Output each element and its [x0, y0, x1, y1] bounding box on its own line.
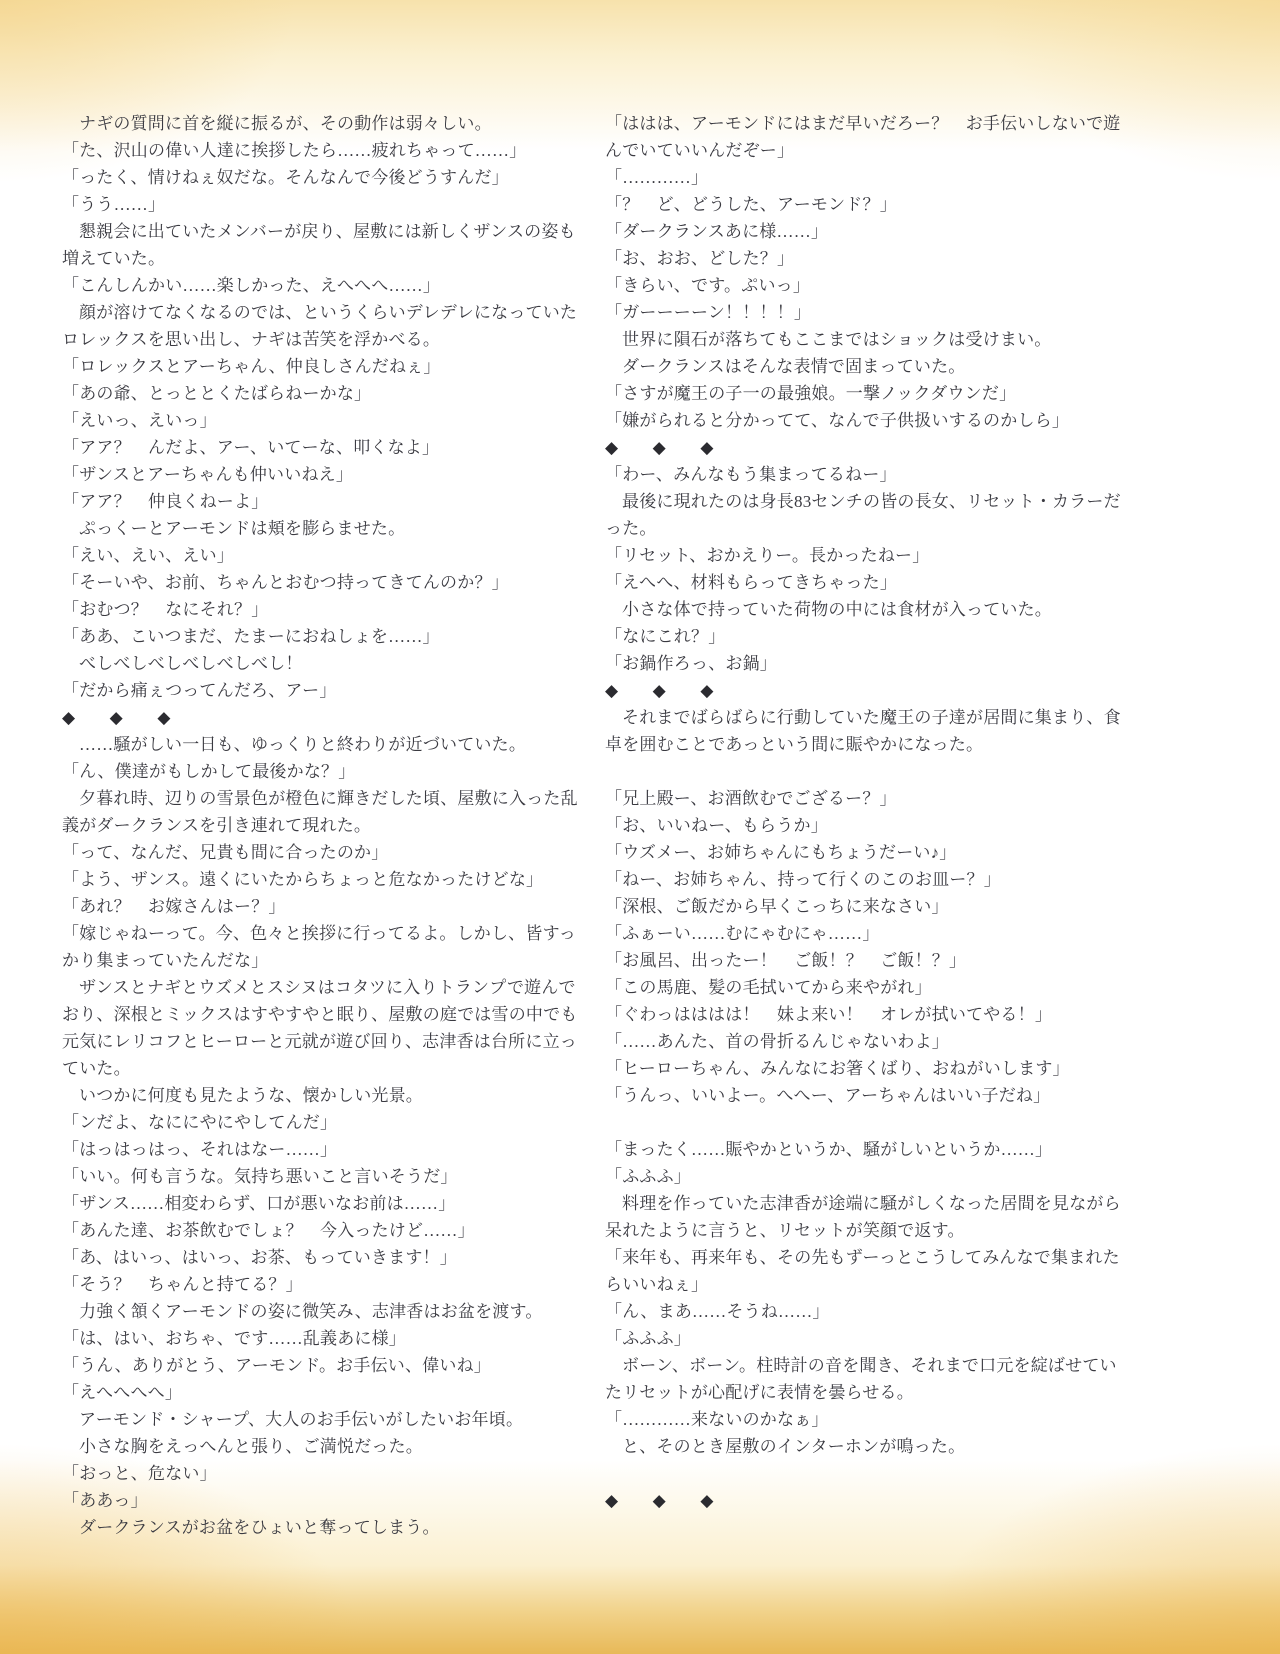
section-separator: ◆ ◆ ◆: [605, 434, 1130, 461]
text-line: 「ロレックスとアーちゃん、仲良しさんだねぇ」: [62, 353, 587, 380]
text-line: 顔が溶けてなくなるのでは、というくらいデレデレになっていたロレックスを思い出し、…: [62, 299, 587, 353]
text-line: 「うん、ありがとう、アーモンド。お手伝い、偉いね」: [62, 1352, 587, 1379]
blank-line: [605, 758, 1130, 785]
text-line: 「だから痛ぇつってんだろ、アー」: [62, 677, 587, 704]
text-line: 「お風呂、出ったー！ ご飯！？ ご飯！？」: [605, 947, 1130, 974]
text-line: アーモンド・シャープ、大人のお手伝いがしたいお年頃。: [62, 1406, 587, 1433]
text-line: 料理を作っていた志津香が途端に騒がしくなった居間を見ながら呆れたように言うと、リ…: [605, 1190, 1130, 1244]
text-line: 「えい、えい、えい」: [62, 542, 587, 569]
text-line: 「よう、ザンス。遠くにいたからちょっと危なかったけどな」: [62, 866, 587, 893]
text-line: 「なにこれ？」: [605, 623, 1130, 650]
text-line: 「うう……」: [62, 191, 587, 218]
text-line: 「まったく……賑やかというか、騒がしいというか……」: [605, 1136, 1130, 1163]
text-line: 「ふふふ」: [605, 1163, 1130, 1190]
blank-line: [605, 1109, 1130, 1136]
text-line: 「あの爺、とっととくたばらねーかな」: [62, 380, 587, 407]
text-line: 「お、おお、どした？」: [605, 245, 1130, 272]
text-line: 「ンだよ、なににやにやしてんだ」: [62, 1109, 587, 1136]
text-line: 「深根、ご飯だから早くこっちに来なさい」: [605, 893, 1130, 920]
text-line: 「アア？ んだよ、アー、いてーな、叩くなよ」: [62, 434, 587, 461]
text-line: 「わー、みんなもう集まってるねー」: [605, 461, 1130, 488]
text-line: 「兄上殿ー、お酒飲むでござるー？」: [605, 785, 1130, 812]
text-line: 「ウズメー、お姉ちゃんにもちょうだーい♪」: [605, 839, 1130, 866]
right-column: 「ははは、アーモンドにはまだ早いだろー？ お手伝いしないで遊んでいていいんだぞー…: [605, 110, 1130, 1541]
text-line: 小さな胸をえっへんと張り、ご満悦だった。: [62, 1433, 587, 1460]
text-line: 「えいっ、えいっ」: [62, 407, 587, 434]
text-line: 「ザンスとアーちゃんも仲いいねえ」: [62, 461, 587, 488]
text-line: 「…………」: [605, 164, 1130, 191]
text-line: 「お鍋作ろっ、お鍋」: [605, 650, 1130, 677]
text-line: それまでばらばらに行動していた魔王の子達が居間に集まり、食卓を囲むことであっとい…: [605, 704, 1130, 758]
text-line: ダークランスがお盆をひょいと奪ってしまう。: [62, 1514, 587, 1541]
text-line: 「えへへ、材料もらってきちゃった」: [605, 569, 1130, 596]
text-line: 「……あんた、首の骨折るんじゃないわよ」: [605, 1028, 1130, 1055]
text-line: 「きらい、です。ぷいっ」: [605, 272, 1130, 299]
section-separator: ◆ ◆ ◆: [62, 704, 587, 731]
page-content: ナギの質問に首を縦に振るが、その動作は弱々しい。「た、沢山の偉い人達に挨拶したら…: [62, 110, 1130, 1541]
text-line: 「嫌がられると分かってて、なんで子供扱いするのかしら」: [605, 407, 1130, 434]
text-line: 「ヒーローちゃん、みんなにお箸くばり、おねがいします」: [605, 1055, 1130, 1082]
text-line: 「ダークランスあに様……」: [605, 218, 1130, 245]
text-line: 「ふふふ」: [605, 1325, 1130, 1352]
text-line: 「来年も、再来年も、その先もずーっとこうしてみんなで集まれたらいいねぇ」: [605, 1244, 1130, 1298]
text-line: ナギの質問に首を縦に振るが、その動作は弱々しい。: [62, 110, 587, 137]
text-line: 懇親会に出ていたメンバーが戻り、屋敷には新しくザンスの姿も増えていた。: [62, 218, 587, 272]
text-line: 「ん、僕達がもしかして最後かな？」: [62, 758, 587, 785]
text-line: 「って、なんだ、兄貴も間に合ったのか」: [62, 839, 587, 866]
left-column: ナギの質問に首を縦に振るが、その動作は弱々しい。「た、沢山の偉い人達に挨拶したら…: [62, 110, 587, 1541]
text-line: 「ふぁーい……むにゃむにゃ……」: [605, 920, 1130, 947]
blank-line: [605, 1460, 1130, 1487]
text-line: 「…………来ないのかなぁ」: [605, 1406, 1130, 1433]
text-line: 世界に隕石が落ちてもここまではショックは受けまい。: [605, 326, 1130, 353]
text-line: ボーン、ボーン。柱時計の音を聞き、それまで口元を綻ばせていたリセットが心配げに表…: [605, 1352, 1130, 1406]
text-line: 「そう？ ちゃんと持てる？」: [62, 1271, 587, 1298]
text-line: 小さな体で持っていた荷物の中には食材が入っていた。: [605, 596, 1130, 623]
text-line: 「この馬鹿、髪の毛拭いてから来やがれ」: [605, 974, 1130, 1001]
section-separator: ◆ ◆ ◆: [605, 677, 1130, 704]
text-line: と、そのとき屋敷のインターホンが鳴った。: [605, 1433, 1130, 1460]
text-line: 「ははは、アーモンドにはまだ早いだろー？ お手伝いしないで遊んでいていいんだぞー…: [605, 110, 1130, 164]
text-line: 「ったく、情けねぇ奴だな。そんなんで今後どうすんだ」: [62, 164, 587, 191]
text-line: べしべしべしべしべしべし！: [62, 650, 587, 677]
text-line: 「いい。何も言うな。気持ち悪いこと言いそうだ」: [62, 1163, 587, 1190]
text-line: 「た、沢山の偉い人達に挨拶したら……疲れちゃって……」: [62, 137, 587, 164]
text-line: 「嫁じゃねーって。今、色々と挨拶に行ってるよ。しかし、皆すっかり集まっていたんだ…: [62, 920, 587, 974]
text-line: 「おっと、危ない」: [62, 1460, 587, 1487]
section-separator: ◆ ◆ ◆: [605, 1487, 1130, 1514]
text-line: 「そーいや、お前、ちゃんとおむつ持ってきてんのか？」: [62, 569, 587, 596]
text-line: 「ああっ」: [62, 1487, 587, 1514]
text-line: 「あんた達、お茶飲むでしょ？ 今入ったけど……」: [62, 1217, 587, 1244]
text-line: 「ガーーーーン！！！！」: [605, 299, 1130, 326]
text-line: ザンスとナギとウズメとスシヌはコタツに入りトランプで遊んでおり、深根とミックスは…: [62, 974, 587, 1082]
text-line: 「はっはっはっ、それはなー……」: [62, 1136, 587, 1163]
text-line: 「あれ？ お嫁さんはー？」: [62, 893, 587, 920]
text-line: 「えへへへへ」: [62, 1379, 587, 1406]
text-line: いつかに何度も見たような、懐かしい光景。: [62, 1082, 587, 1109]
text-line: 「アア？ 仲良くねーよ」: [62, 488, 587, 515]
text-line: 「さすが魔王の子一の最強娘。一撃ノックダウンだ」: [605, 380, 1130, 407]
text-line: 「お、いいねー、もらうか」: [605, 812, 1130, 839]
text-line: 「リセット、おかえりー。長かったねー」: [605, 542, 1130, 569]
text-line: 力強く頷くアーモンドの姿に微笑み、志津香はお盆を渡す。: [62, 1298, 587, 1325]
text-line: 「こんしんかい……楽しかった、えへへへ……」: [62, 272, 587, 299]
text-line: 「おむつ？ なにそれ？」: [62, 596, 587, 623]
text-line: 最後に現れたのは身長83センチの皆の長女、リセット・カラーだった。: [605, 488, 1130, 542]
text-line: 「ああ、こいつまだ、たまーにおねしょを……」: [62, 623, 587, 650]
text-line: ……騒がしい一日も、ゆっくりと終わりが近づいていた。: [62, 731, 587, 758]
text-line: 「ぐわっはははは！ 妹よ来い！ オレが拭いてやる！」: [605, 1001, 1130, 1028]
text-line: 「ねー、お姉ちゃん、持って行くのこのお皿ー？」: [605, 866, 1130, 893]
text-line: 「あ、はいっ、はいっ、お茶、もっていきます！」: [62, 1244, 587, 1271]
text-line: 夕暮れ時、辺りの雪景色が橙色に輝きだした頃、屋敷に入った乱義がダークランスを引き…: [62, 785, 587, 839]
text-line: 「？ ど、どうした、アーモンド？」: [605, 191, 1130, 218]
text-line: ダークランスはそんな表情で固まっていた。: [605, 353, 1130, 380]
text-line: 「うんっ、いいよー。へへー、アーちゃんはいい子だね」: [605, 1082, 1130, 1109]
text-line: 「は、はい、おちゃ、です……乱義あに様」: [62, 1325, 587, 1352]
text-line: ぷっくーとアーモンドは頬を膨らませた。: [62, 515, 587, 542]
text-line: 「ザンス……相変わらず、口が悪いなお前は……」: [62, 1190, 587, 1217]
text-line: 「ん、まあ……そうね……」: [605, 1298, 1130, 1325]
